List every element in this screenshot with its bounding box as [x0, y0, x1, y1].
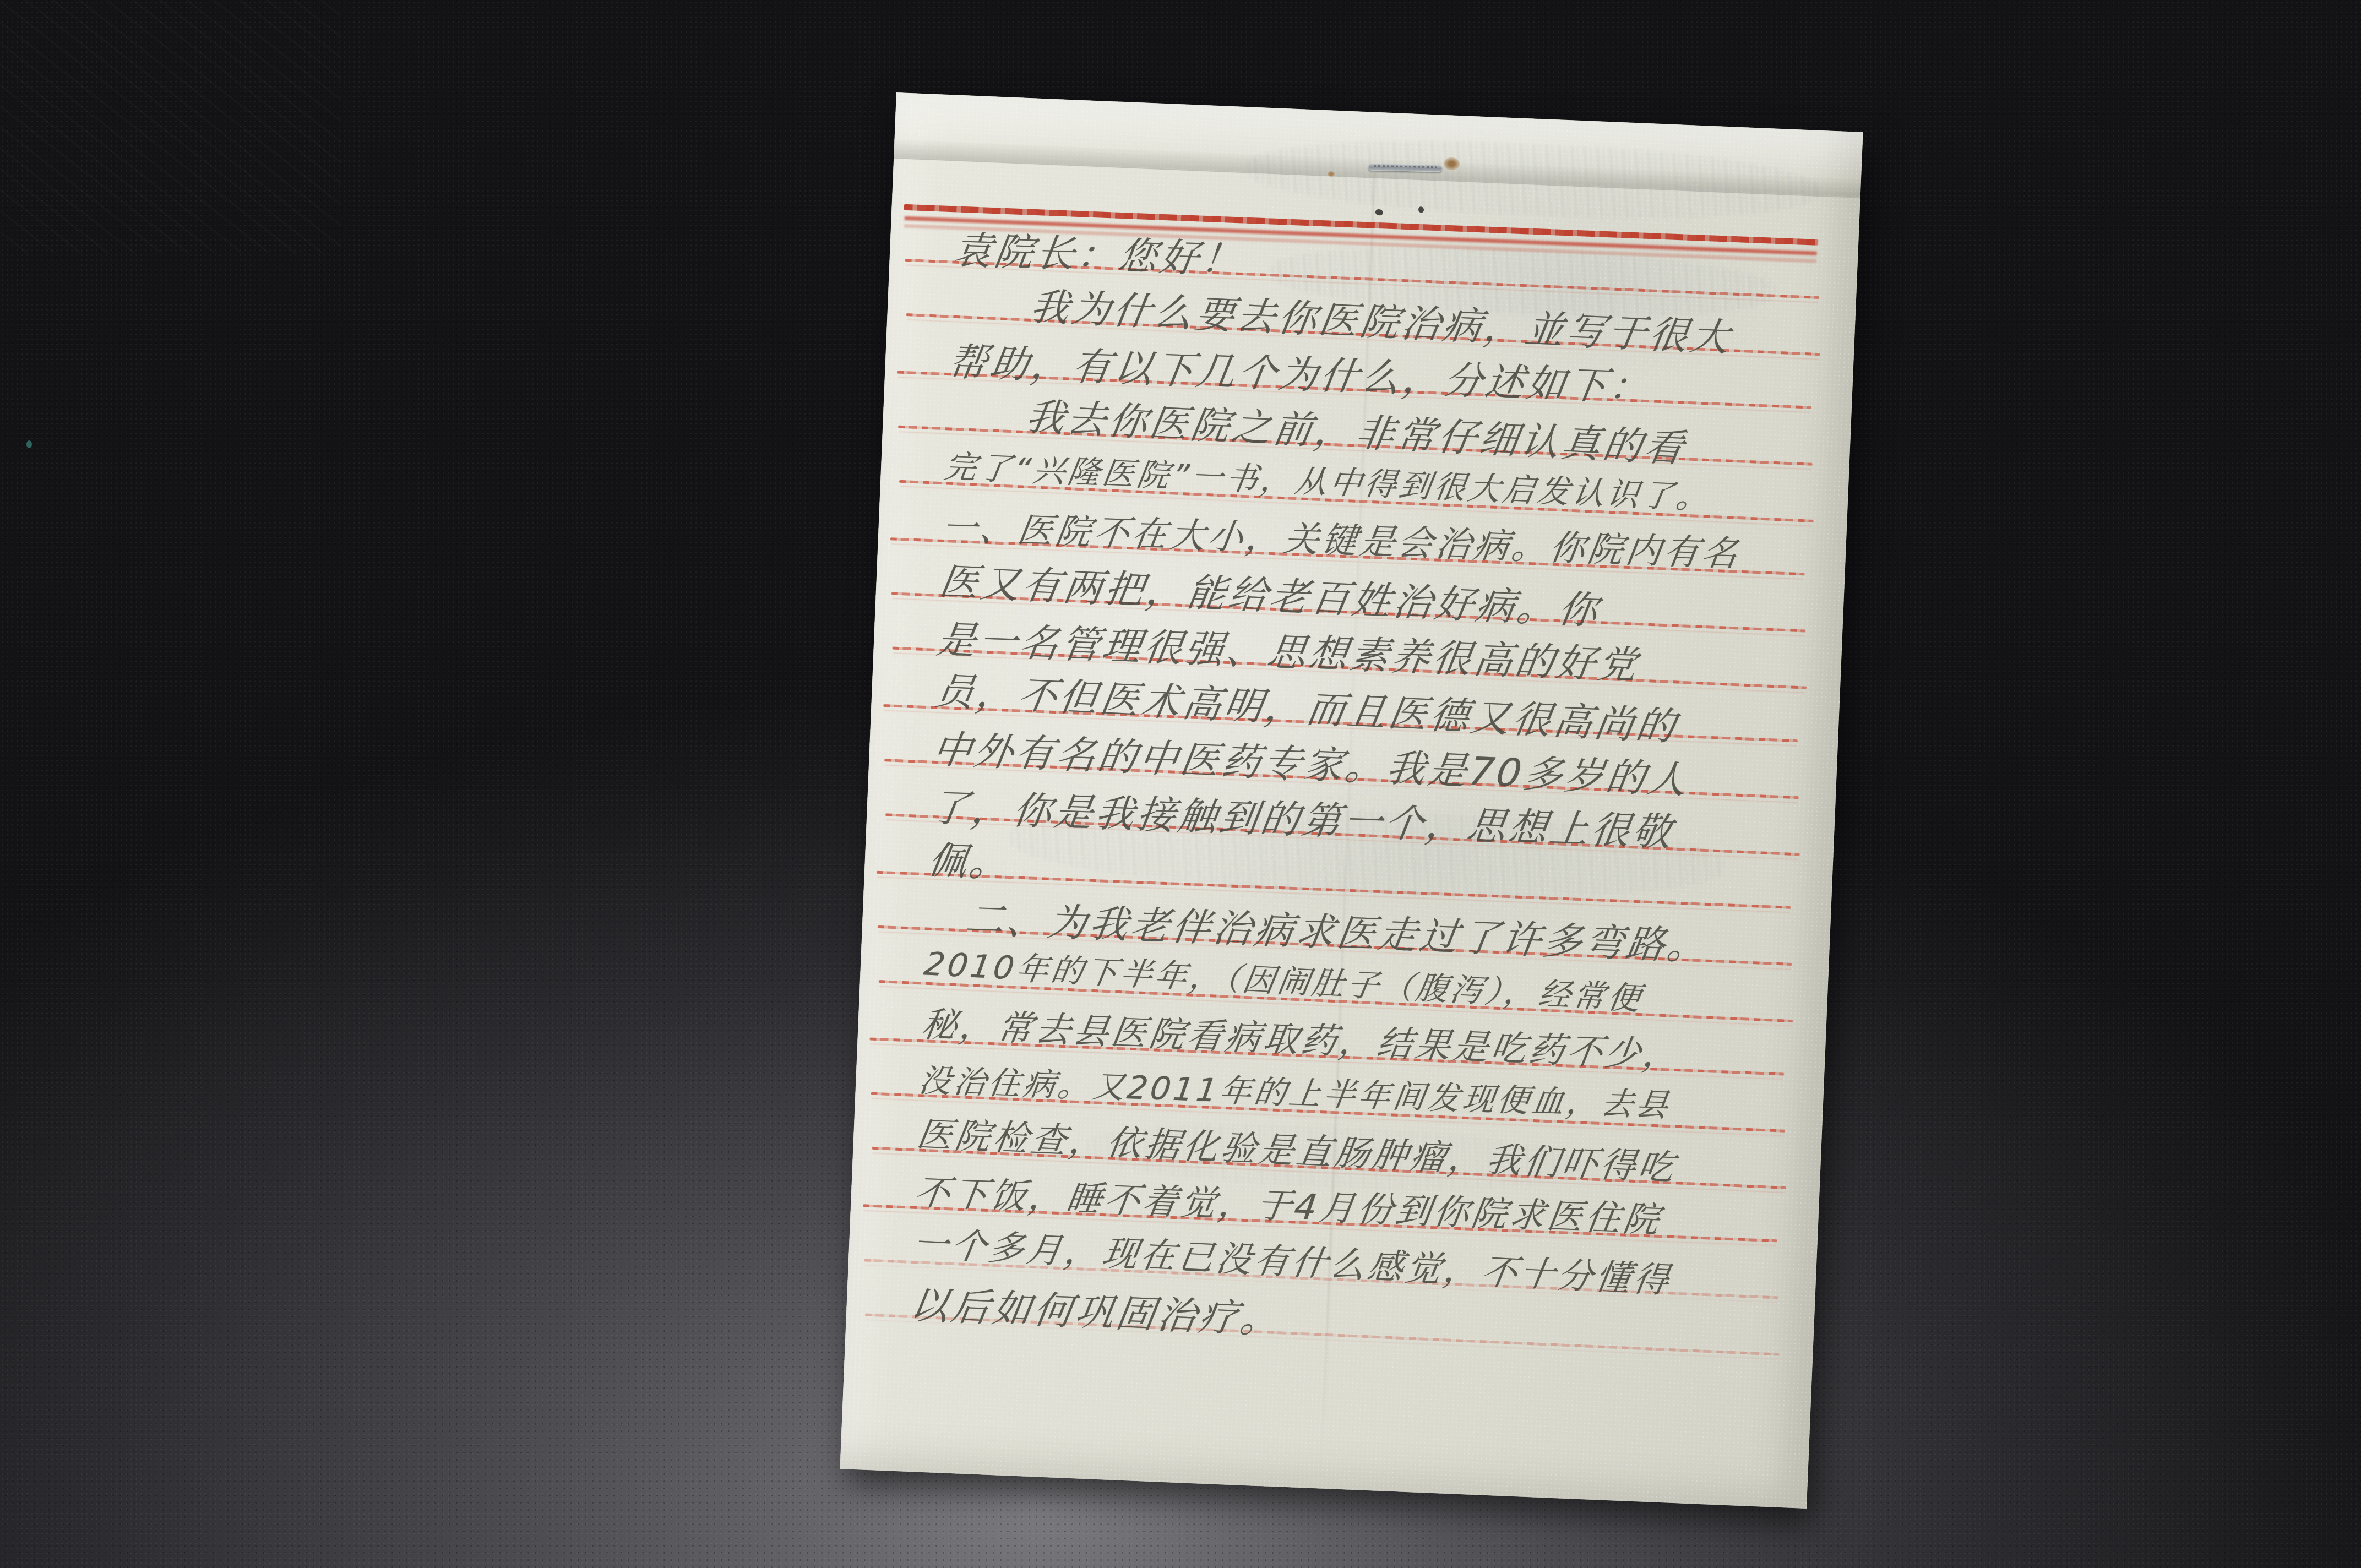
leather-scratches: [0, 0, 341, 253]
letter-line: 袁院长：您好！: [950, 220, 1247, 285]
staple: [1368, 164, 1442, 172]
photo-scene: 袁院长：您好！我为什么要去你医院治病，並写于很大帮助，有以下几个为什么，分述如下…: [0, 0, 2361, 1568]
teal-speck: [26, 440, 32, 448]
ink-dot: [1418, 206, 1424, 213]
paper: 袁院长：您好！我为什么要去你医院治病，並写于很大帮助，有以下几个为什么，分述如下…: [840, 92, 1863, 1509]
letter-line: 佩。: [925, 830, 1016, 889]
paper-top-fold-crease: [894, 92, 1863, 198]
ink-dot: [1375, 209, 1383, 216]
letter-line: 以后如何巩固治疗。: [907, 1274, 1286, 1344]
